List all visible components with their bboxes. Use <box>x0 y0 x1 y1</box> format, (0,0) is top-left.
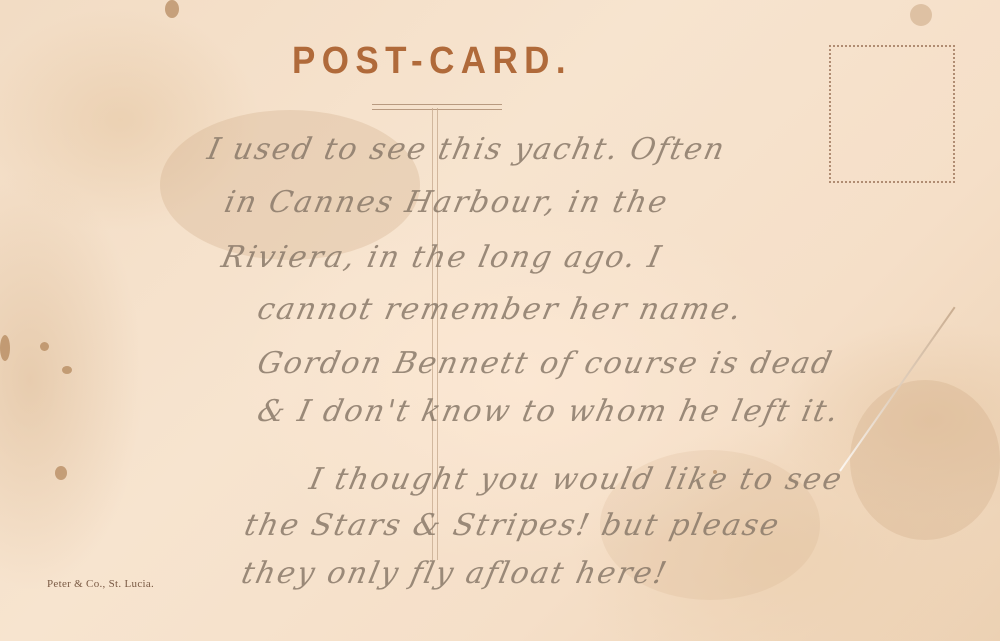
handwritten-line: Gordon Bennett of course is dead <box>254 346 836 381</box>
publisher-imprint: Peter & Co., St. Lucia. <box>47 578 154 590</box>
handwritten-line: Riviera, in the long ago. I <box>218 240 666 275</box>
handwritten-line: & I don't know to whom he left it. <box>254 394 843 429</box>
postcard-back: POST-CARD. I used to see this yacht. Oft… <box>0 0 1000 641</box>
handwritten-line: they only fly afloat here! <box>238 556 671 591</box>
stain-mark <box>40 342 49 351</box>
water-blot <box>850 380 1000 540</box>
stain-mark <box>0 335 10 361</box>
handwritten-line: I used to see this yacht. Often <box>204 132 729 167</box>
handwritten-line: the Stars & Stripes! but please <box>241 508 783 543</box>
handwritten-line: I thought you would like to see <box>306 462 846 497</box>
handwritten-line: in Cannes Harbour, in the <box>221 185 672 220</box>
stamp-box <box>829 45 955 183</box>
postcard-title: POST-CARD. <box>292 40 572 83</box>
stain-mark <box>55 466 67 480</box>
handwritten-line: cannot remember her name. <box>254 292 746 327</box>
stain-mark <box>62 366 72 374</box>
stain-mark <box>165 0 179 18</box>
stain-mark <box>910 4 932 26</box>
